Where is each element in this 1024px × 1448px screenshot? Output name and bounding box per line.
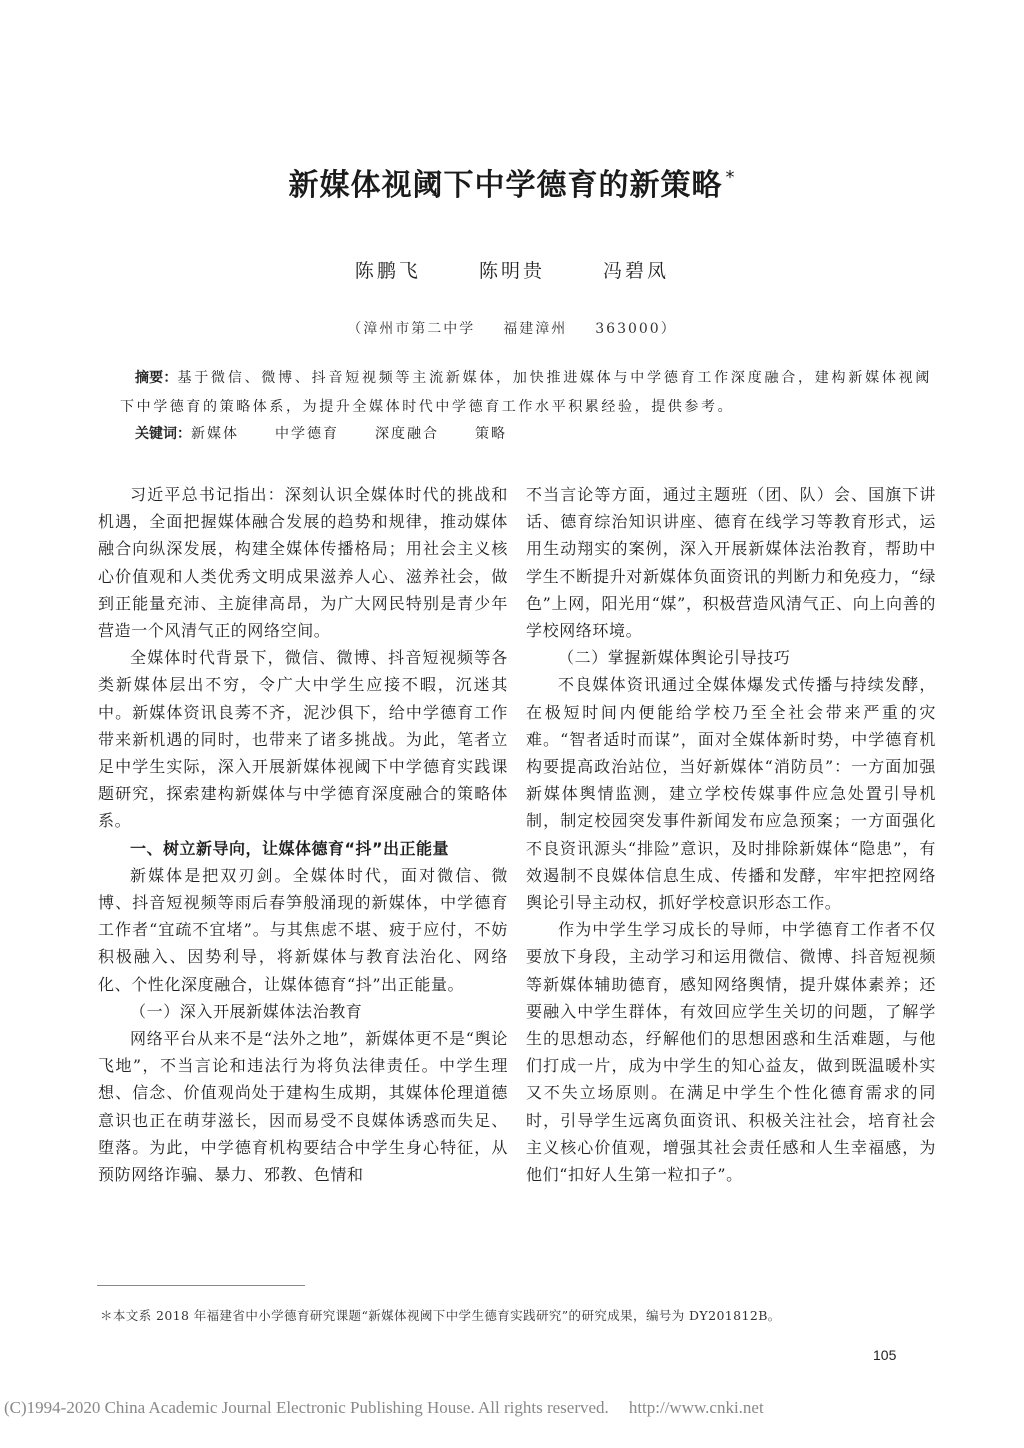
paragraph: 新媒体是把双刃剑。全媒体时代，面对微信、微博、抖音短视频等雨后春笋般涌现的新媒体… bbox=[98, 862, 508, 998]
page-number: 105 bbox=[873, 1347, 896, 1363]
affiliation-org: 漳州市第二中学 bbox=[363, 321, 475, 337]
keyword: 新媒体 bbox=[191, 426, 239, 442]
keywords: 关键词：新媒体中学德育深度融合策略 bbox=[135, 423, 543, 443]
paragraph: 习近平总书记指出：深刻认识全媒体时代的挑战和机遇，全面把握媒体融合发展的趋势和规… bbox=[98, 481, 508, 644]
title-footnote-mark: * bbox=[726, 167, 736, 188]
body-column-left: 习近平总书记指出：深刻认识全媒体时代的挑战和机遇，全面把握媒体融合发展的趋势和规… bbox=[98, 481, 508, 1188]
cnki-link[interactable]: http://www.cnki.net bbox=[629, 1398, 764, 1417]
paren-open: （ bbox=[347, 321, 363, 337]
paragraph: 作为中学生学习成长的导师，中学德育工作者不仅要放下身段，主动学习和运用微信、微博… bbox=[526, 916, 936, 1188]
section-heading: 一、树立新导向，让媒体德育“抖”出正能量 bbox=[98, 835, 508, 862]
keyword: 中学德育 bbox=[275, 426, 339, 442]
affiliation-place: 福建漳州 bbox=[503, 321, 567, 337]
title-text: 新媒体视阈下中学德育的新策略 bbox=[289, 168, 723, 203]
author-2: 陈明贵 bbox=[479, 256, 545, 283]
abstract-text: 基于微信、微博、抖音短视频等主流新媒体，加快推进媒体与中学德育工作深度融合，建构… bbox=[120, 370, 932, 415]
author-1: 陈鹏飞 bbox=[355, 256, 421, 283]
body-column-right: 不当言论等方面，通过主题班（团、队）会、国旗下讲话、德育综治知识讲座、德育在线学… bbox=[526, 481, 936, 1188]
subsection-heading: （二）掌握新媒体舆论引导技巧 bbox=[526, 644, 936, 671]
copyright-notice: (C)1994-2020 China Academic Journal Elec… bbox=[4, 1398, 764, 1418]
keyword: 策略 bbox=[475, 426, 507, 442]
footnote-divider bbox=[97, 1285, 305, 1286]
affiliation-postcode: 363000 bbox=[595, 321, 660, 337]
copyright-text: (C)1994-2020 China Academic Journal Elec… bbox=[4, 1398, 609, 1417]
keyword: 深度融合 bbox=[375, 426, 439, 442]
paragraph: 全媒体时代背景下，微信、微博、抖音短视频等各类新媒体层出不穷，令广大中学生应接不… bbox=[98, 644, 508, 834]
paragraph: 网络平台从来不是“法外之地”，新媒体更不是“舆论飞地”，不当言论和违法行为将负法… bbox=[98, 1025, 508, 1188]
paragraph: 不良媒体资讯通过全媒体爆发式传播与持续发酵，在极短时间内便能给学校乃至全社会带来… bbox=[526, 671, 936, 916]
author-3: 冯碧凤 bbox=[603, 256, 669, 283]
paper-title: 新媒体视阈下中学德育的新策略* bbox=[0, 160, 1024, 204]
keywords-label: 关键词： bbox=[135, 426, 191, 442]
paragraph-continued: 不当言论等方面，通过主题班（团、队）会、国旗下讲话、德育综治知识讲座、德育在线学… bbox=[526, 481, 936, 644]
subsection-heading: （一）深入开展新媒体法治教育 bbox=[98, 998, 508, 1025]
affiliation: （漳州市第二中学福建漳州363000） bbox=[0, 318, 1024, 338]
abstract-label: 摘要： bbox=[135, 370, 178, 386]
footnote: ＊本文系 2018 年福建省中小学德育研究课题“新媒体视阈下中学生德育实践研究”… bbox=[100, 1306, 781, 1324]
abstract: 摘要：基于微信、微博、抖音短视频等主流新媒体，加快推进媒体与中学德育工作深度融合… bbox=[120, 364, 932, 422]
paren-close: ） bbox=[661, 321, 677, 337]
author-list: 陈鹏飞 陈明贵 冯碧凤 bbox=[0, 256, 1024, 283]
